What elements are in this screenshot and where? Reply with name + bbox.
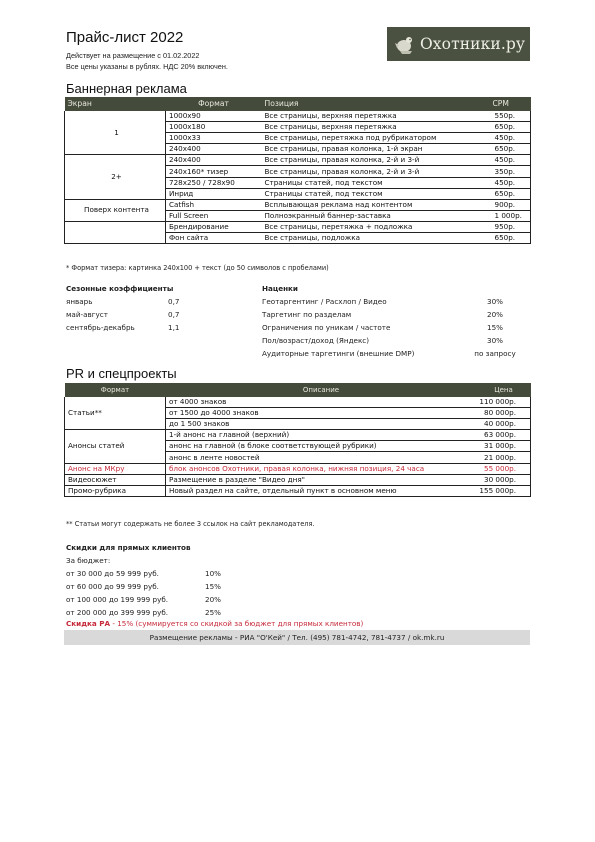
column-header: Экран <box>65 97 166 111</box>
cpm-cell: 950р. <box>465 221 531 232</box>
markup-label: Геотаргентинг / Расхлоп / Видео <box>262 297 387 306</box>
price-cell: 63 000р. <box>477 430 531 441</box>
cpm-cell: 650р. <box>465 233 531 244</box>
description-cell: 1-й анонс на главной (верхний) <box>166 430 477 441</box>
table-row: 11000x90Все страницы, верхняя перетяжка5… <box>65 111 531 122</box>
season-label: сентябрь-декабрь <box>66 323 135 332</box>
description-cell: блок анонсов Охотники, правая колонка, н… <box>166 463 477 474</box>
cpm-cell: 450р. <box>465 155 531 166</box>
position-cell: Все страницы, перетяжка + подложка <box>262 221 465 232</box>
cpm-cell: 450р. <box>465 133 531 144</box>
format-cell: 1000x33 <box>166 133 262 144</box>
position-cell: Все страницы, перетяжка под рубрикатором <box>262 133 465 144</box>
format-cell: Анонс на МКру <box>65 463 166 474</box>
description-cell: анонс в ленте новостей <box>166 452 477 463</box>
position-cell: Все страницы, верхняя перетяжка <box>262 111 465 122</box>
position-cell: Все страницы, правая колонка, 2-й и 3-й <box>262 155 465 166</box>
markup-value: по запросу <box>470 349 520 358</box>
format-cell: Промо-рубрика <box>65 485 166 496</box>
format-cell: Catfish <box>166 199 262 210</box>
format-cell: 240x160* тизер <box>166 166 262 177</box>
format-cell: 240x400 <box>166 155 262 166</box>
price-cell: 40 000р. <box>477 419 531 430</box>
description-cell: Размещение в разделе "Видео дня" <box>166 474 477 485</box>
price-cell: 21 000р. <box>477 452 531 463</box>
format-cell: Видеосюжет <box>65 474 166 485</box>
markup-label: Пол/возраст/доход (Яндекс) <box>262 336 369 345</box>
cpm-cell: 650р. <box>465 122 531 133</box>
discount-value: 25% <box>205 608 221 617</box>
position-cell: Все страницы, правая колонка, 2-й и 3-й <box>262 166 465 177</box>
position-cell: Страницы статей, под текстом <box>262 177 465 188</box>
format-cell: Статьи** <box>65 397 166 430</box>
table-row: Анонсы статей1-й анонс на главной (верхн… <box>65 430 531 441</box>
position-cell: Страницы статей, под текстом <box>262 188 465 199</box>
table-row: Поверх контентаCatfishВсплывающая реклам… <box>65 199 531 210</box>
screen-cell <box>65 221 166 243</box>
vat-note: Все цены указаны в рублях. НДС 20% включ… <box>66 62 228 71</box>
season-value: 0,7 <box>168 297 179 306</box>
discount-label: от 200 000 до 399 999 руб. <box>66 608 168 617</box>
price-cell: 80 000р. <box>477 408 531 419</box>
discount-value: 15% <box>205 582 221 591</box>
pr-header-row: ФорматОписаниеЦена <box>65 383 531 397</box>
pr-footnote: ** Статьи могут содержать не более 3 ссы… <box>66 520 315 528</box>
markups-title: Наценки <box>262 284 298 293</box>
description-cell: от 4000 знаков <box>166 397 477 408</box>
price-cell: 31 000р. <box>477 441 531 452</box>
format-cell: Инрид <box>166 188 262 199</box>
table-row: Промо-рубрикаНовый раздел на сайте, отде… <box>65 485 531 496</box>
format-cell: 1000x90 <box>166 111 262 122</box>
discount-value: 10% <box>205 569 221 578</box>
valid-from-note: Действует на размещение с 01.02.2022 <box>66 51 199 60</box>
season-label: январь <box>66 297 92 306</box>
price-cell: 55 000р. <box>477 463 531 474</box>
format-cell: Брендирование <box>166 221 262 232</box>
pr-section-title: PR и спецпроекты <box>66 366 177 381</box>
season-label: май-август <box>66 310 108 319</box>
price-cell: 155 000р. <box>477 485 531 496</box>
column-header: Цена <box>477 383 531 397</box>
logo: Охотники.ру <box>387 27 530 61</box>
format-cell: 1000x180 <box>166 122 262 133</box>
position-cell: Все страницы, правая колонка, 1-й экран <box>262 144 465 155</box>
cpm-cell: 650р. <box>465 188 531 199</box>
banner-section-title: Баннерная реклама <box>66 81 187 96</box>
column-header: CPM <box>465 97 531 111</box>
discount-label: от 60 000 до 99 999 руб. <box>66 582 159 591</box>
position-cell: Все страницы, верхняя перетяжка <box>262 122 465 133</box>
screen-cell: Поверх контента <box>65 199 166 221</box>
markup-label: Ограничения по уникам / частоте <box>262 323 390 332</box>
agency-discount-label: Скидка РА <box>66 619 110 628</box>
cpm-cell: 900р. <box>465 199 531 210</box>
banner-footnote: * Формат тизера: картинка 240x100 + текс… <box>66 264 329 272</box>
markup-value: 30% <box>470 297 520 306</box>
discount-label: от 100 000 до 199 999 руб. <box>66 595 168 604</box>
discount-value: 20% <box>205 595 221 604</box>
banner-header-row: ЭкранФорматПозицияCPM <box>65 97 531 111</box>
format-cell: 240x400 <box>166 144 262 155</box>
column-header: Формат <box>65 383 166 397</box>
markup-label: Аудиторные таргетинги (внешние DMP) <box>262 349 414 358</box>
table-row: БрендированиеВсе страницы, перетяжка + п… <box>65 221 531 232</box>
table-row: Анонс на МКрублок анонсов Охотники, прав… <box>65 463 531 474</box>
grouse-icon <box>394 33 416 55</box>
logo-text: Охотники.ру <box>420 35 525 53</box>
markup-value: 30% <box>470 336 520 345</box>
cpm-cell: 350р. <box>465 166 531 177</box>
table-row: 2+240x400Все страницы, правая колонка, 2… <box>65 155 531 166</box>
description-cell: до 1 500 знаков <box>166 419 477 430</box>
cpm-cell: 1 000р. <box>465 210 531 221</box>
markup-label: Таргетинг по разделам <box>262 310 351 319</box>
markup-value: 15% <box>470 323 520 332</box>
price-cell: 110 000р. <box>477 397 531 408</box>
position-cell: Все страницы, подложка <box>262 233 465 244</box>
budget-label: За бюджет: <box>66 556 110 565</box>
discounts-title: Скидки для прямых клиентов <box>66 543 191 552</box>
format-cell: Фон сайта <box>166 233 262 244</box>
screen-cell: 1 <box>65 111 166 155</box>
format-cell: Full Screen <box>166 210 262 221</box>
discount-label: от 30 000 до 59 999 руб. <box>66 569 159 578</box>
table-row: Статьи**от 4000 знаков110 000р. <box>65 397 531 408</box>
pr-price-table: ФорматОписаниеЦенаСтатьи**от 4000 знаков… <box>64 383 531 497</box>
cpm-cell: 550р. <box>465 111 531 122</box>
format-cell: Анонсы статей <box>65 430 166 463</box>
screen-cell: 2+ <box>65 155 166 199</box>
position-cell: Всплывающая реклама над контентом <box>262 199 465 210</box>
column-header: Позиция <box>262 97 465 111</box>
agency-discount: Скидка РА - 15% (суммируется со скидкой … <box>66 619 363 628</box>
description-cell: от 1500 до 4000 знаков <box>166 408 477 419</box>
season-value: 0,7 <box>168 310 179 319</box>
contact-footer: Размещение рекламы - РИА "О'Кей" / Тел. … <box>64 630 530 645</box>
cpm-cell: 450р. <box>465 177 531 188</box>
agency-discount-text: - 15% (суммируется со скидкой за бюджет … <box>110 619 363 628</box>
position-cell: Полноэкранный баннер-заставка <box>262 210 465 221</box>
table-row: ВидеосюжетРазмещение в разделе "Видео дн… <box>65 474 531 485</box>
price-cell: 30 000р. <box>477 474 531 485</box>
markup-value: 20% <box>470 310 520 319</box>
seasonal-title: Сезонные коэффициенты <box>66 284 173 293</box>
description-cell: Новый раздел на сайте, отдельный пункт в… <box>166 485 477 496</box>
column-header: Описание <box>166 383 477 397</box>
banner-price-table: ЭкранФорматПозицияCPM11000x90Все страниц… <box>64 97 531 244</box>
cpm-cell: 650р. <box>465 144 531 155</box>
column-header: Формат <box>166 97 262 111</box>
season-value: 1,1 <box>168 323 179 332</box>
description-cell: анонс на главной (в блоке соответствующе… <box>166 441 477 452</box>
page-title: Прайс-лист 2022 <box>66 29 183 46</box>
format-cell: 728x250 / 728x90 <box>166 177 262 188</box>
